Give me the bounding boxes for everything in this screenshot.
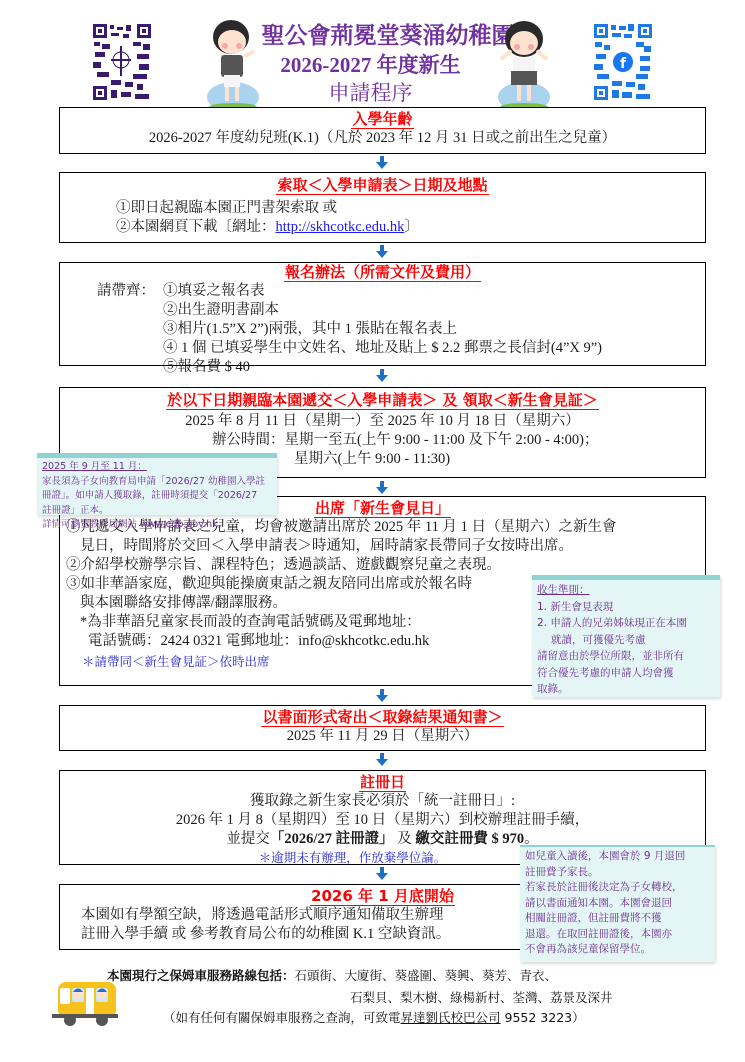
note-line: 冊證」。如申請人獲取錄，註冊時須提交「2026/27 bbox=[42, 489, 272, 504]
bus-routes-label: 本園現行之保姆車服務路線包括： bbox=[107, 968, 295, 983]
page-subtitle: 申請程序 bbox=[243, 77, 498, 107]
bus-contact: （如有任何有關保姆車服務之查詢，可致電昇達劉氏校巴公司 9552 3223） bbox=[163, 1008, 585, 1026]
arrow-down-icon bbox=[375, 156, 389, 170]
doc-item: ③相片(1.5”X 2”)兩張，其中 1 張貼在報名表上 bbox=[163, 320, 705, 339]
step-get-form: 索取＜入學申請表＞日期及地點 ①即日起親臨本園正門書架索取 或 ②本園網頁下載〔… bbox=[59, 172, 706, 243]
bus-company: 昇達劉氏校巴公司 bbox=[401, 1010, 501, 1025]
note-line: 註冊證」正本。 bbox=[42, 504, 272, 519]
note-line: 退還。在取回註冊證後，本園亦 bbox=[525, 927, 710, 943]
svg-text:f: f bbox=[620, 56, 627, 72]
arrow-down-icon bbox=[375, 753, 389, 767]
year-title: 2026-2027 年度新生 bbox=[243, 49, 498, 79]
arrow-down-icon bbox=[375, 369, 389, 383]
arrow-down-icon bbox=[375, 481, 389, 495]
doc-item: ⑤報名費 $ 40 bbox=[163, 358, 705, 377]
step-heading: 以書面形式寄出＜取錄結果通知書＞ bbox=[60, 708, 705, 727]
step-admission-age: 入學年齡 2026-2027 年度幼兒班(K.1)（凡於 2023 年 12 月… bbox=[59, 107, 706, 154]
submit-label: 並提交 bbox=[226, 831, 270, 847]
note-line: 就讀，可獲優先考慮 bbox=[537, 632, 715, 649]
bus-phone: 9552 3223 bbox=[505, 1010, 573, 1025]
step-heading: 入學年齡 bbox=[60, 110, 705, 129]
bus-contact-label: （如有任何有關保姆車服務之查詢，可致電 bbox=[163, 1010, 401, 1025]
note-title: 收生準則： bbox=[537, 582, 715, 599]
school-name: 聖公會荊冕堂葵涌幼稚園 bbox=[243, 17, 533, 50]
bus-routes: 石頭街、大廈街、葵盛圍、葵興、葵芳、青衣、 bbox=[295, 968, 558, 983]
admission-criteria-note: 收生準則： 1. 新生會見表現 2. 申請人的兄弟姊妹現正在本園 就讀，可獲優先… bbox=[532, 575, 720, 697]
edb-registration-note: 2025 年 9 月至 11 月： 家長須為子女向教育局申請「2026/27 幼… bbox=[37, 453, 277, 515]
girl-illustration bbox=[494, 17, 554, 112]
registration-fee: 繳交註冊費 $ 970 bbox=[415, 831, 524, 847]
registration-certificate: 「2026/27 註冊證」 bbox=[270, 831, 394, 847]
note-line: 1. 新生會見表現 bbox=[537, 599, 715, 616]
note-line: 請留意由於學位所限，並非所有 bbox=[537, 648, 715, 665]
step-heading: 報名辦法（所需文件及費用） bbox=[60, 263, 705, 282]
doc-item: ④ 1 個 已填妥學生中文姓名、地址及貼上 $ 2.2 郵票之長信封(4”X 9… bbox=[163, 339, 705, 358]
website-label: ②本園網頁下載〔網址： bbox=[116, 219, 276, 235]
step-heading: 於以下日期親臨本園遞交＜入學申請表＞ 及 領取＜新生會見証＞ bbox=[60, 391, 705, 410]
note-line: 若家長於註冊後決定為子女轉校， bbox=[525, 880, 710, 896]
qr-code-facebook[interactable]: f bbox=[594, 24, 652, 98]
qr-code-facebook-icon: f bbox=[594, 24, 652, 100]
note-line: 請以書面通知本園。本園會退回 bbox=[525, 896, 710, 912]
registration-text: 獲取錄之新生家長必須於「統一註冊日」: bbox=[60, 792, 705, 811]
qr-code-website-icon bbox=[93, 24, 151, 100]
note-line: 註冊費予家長。 bbox=[525, 865, 710, 881]
result-date: 2025 年 11 月 29 日（星期六） bbox=[60, 727, 705, 746]
step-heading: 索取＜入學申請表＞日期及地點 bbox=[60, 176, 705, 195]
school-bus-icon bbox=[52, 978, 118, 1028]
submission-dates: 2025 年 8 月 11 日（星期一）至 2025 年 10 月 18 日（星… bbox=[60, 412, 705, 431]
note-line: 符合優先考慮的申請人均會獲 bbox=[537, 665, 715, 682]
step-result-notice: 以書面形式寄出＜取錄結果通知書＞ 2025 年 11 月 29 日（星期六） bbox=[59, 705, 706, 751]
note-line: 不會再為該兒童保留學位。 bbox=[525, 942, 710, 958]
and-label: 及 bbox=[394, 831, 416, 847]
note-line: 家長須為子女向教育局申請「2026/27 幼稚園入學註 bbox=[42, 475, 272, 490]
step-registration-documents: 報名辦法（所需文件及費用） 請帶齊： ①填妥之報名表 ②出生證明書副本 ③相片(… bbox=[59, 262, 706, 366]
note-line: 如兒童入讀後，本園會於 9 月退回 bbox=[525, 849, 710, 865]
bus-routes-line2: 石梨貝、梨木樹、綠楊新村、荃灣、荔景及深井 bbox=[350, 988, 613, 1006]
interview-text: 見日，時間將於交回＜入學申請表＞時通知，屆時請家長帶同子女按時出席。 bbox=[66, 537, 705, 556]
step-text: ①即日起親臨本園正門書架索取 或 bbox=[60, 199, 705, 218]
website-link[interactable]: http://skhcotkc.edu.hk bbox=[276, 219, 405, 235]
doc-item: ①填妥之報名表 bbox=[163, 282, 705, 301]
note-line: 詳情可瀏覽教育局網站 www.edb.gov.hk。 bbox=[42, 518, 272, 533]
registration-dates: 2026 年 1 月 8（星期四）至 10 日（星期六）到校辦理註冊手續， bbox=[60, 811, 705, 830]
arrow-down-icon bbox=[375, 245, 389, 259]
bring-label: 請帶齊： bbox=[97, 282, 155, 301]
note-line: 取錄。 bbox=[537, 681, 715, 698]
bracket-close: 〕 bbox=[404, 219, 419, 235]
arrow-down-icon bbox=[375, 867, 389, 881]
step-heading: 註冊日 bbox=[60, 773, 705, 792]
qr-code-website[interactable] bbox=[93, 24, 151, 98]
arrow-down-icon bbox=[375, 689, 389, 703]
interview-text: ②介紹學校辦學宗旨、課程特色；透過談話、遊戲觀察兒童之表現。 bbox=[66, 556, 705, 575]
registration-refund-note: 如兒童入讀後，本園會於 9 月退回 註冊費予家長。 若家長於註冊後決定為子女轉校… bbox=[520, 845, 715, 962]
step-text-website: ②本園網頁下載〔網址：http://skhcotkc.edu.hk〕 bbox=[60, 218, 705, 237]
bus-routes-line1: 本園現行之保姆車服務路線包括：石頭街、大廈街、葵盛圍、葵興、葵芳、青衣、 bbox=[107, 966, 557, 984]
doc-item: ②出生證明書副本 bbox=[163, 301, 705, 320]
note-line: 2. 申請人的兄弟姊妹現正在本園 bbox=[537, 615, 715, 632]
note-title: 2025 年 9 月至 11 月： bbox=[42, 460, 272, 475]
office-hours-weekday: 辦公時間：星期一至五(上午 9:00 - 11:00 及下午 2:00 - 4:… bbox=[60, 431, 705, 450]
note-line: 相關註冊證，但註冊費將不獲 bbox=[525, 911, 710, 927]
bracket-close: ） bbox=[572, 1010, 585, 1025]
step-text: 2026-2027 年度幼兒班(K.1)（凡於 2023 年 12 月 31 日… bbox=[60, 129, 705, 148]
